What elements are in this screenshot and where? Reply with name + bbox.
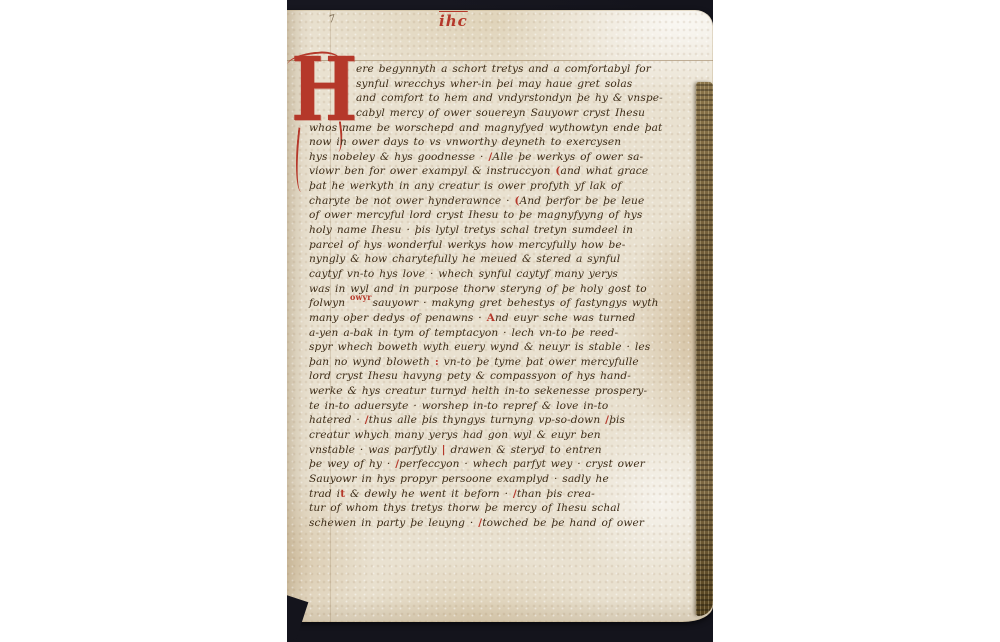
ink-text: sauyowr · makyng gret behestys of fastyn… [373, 297, 659, 309]
ink-text: vn-to þe tyme þat ower mercyfulle [439, 356, 639, 368]
ink-text: holy name Ihesu · þis lytyl tretys schal… [309, 224, 633, 236]
manuscript-line: parcel of hys wonderful werkys how mercy… [309, 238, 653, 253]
manuscript-line: a-yen a-bak in tym of temptacyon · lech … [309, 326, 653, 341]
manuscript-line: schewen in party þe leuyng · /towched be… [309, 516, 653, 531]
ink-text: and comfort to hem and vndyrstondyn þe h… [356, 92, 663, 104]
manuscript-line: Sauyowr in hys propyr persoone examplyd … [309, 472, 653, 487]
ink-text: than þis crea- [517, 488, 595, 500]
manuscript-line: of ower mercyful lord cryst Ihesu to þe … [309, 208, 653, 223]
manuscript-line: spyr whech boweth wyth euery wynd & neuy… [309, 340, 653, 355]
manuscript-line: many oþer dedys of penawns · And euyr sc… [309, 311, 653, 326]
manuscript-line: whos name be worschepd and magnyfyed wyt… [309, 121, 653, 136]
ink-text: þe wey of hy · [309, 458, 395, 470]
ink-text: ere begynnyth a schort tretys and a comf… [356, 63, 651, 75]
manuscript-line: now in ower days to vs vnworthy deyneth … [309, 135, 653, 150]
ink-text: viowr ben for ower exampyl & instruccyon [309, 165, 555, 177]
ink-text: parcel of hys wonderful werkys how mercy… [309, 239, 625, 251]
ink-text: of ower mercyful lord cryst Ihesu to þe … [309, 209, 642, 221]
manuscript-line: creatur whych many yerys had gon wyl & e… [309, 428, 653, 443]
ink-text: perfeccyon · whech parfyt wey · cryst ow… [399, 458, 645, 470]
ink-text: a-yen a-bak in tym of temptacyon · lech … [309, 327, 618, 339]
manuscript-line: folwyn owyrsauyowr · makyng gret behesty… [309, 296, 653, 311]
ink-text: whos name be worschepd and magnyfyed wyt… [309, 122, 662, 134]
ink-text: þis [609, 414, 625, 426]
manuscript-line: te in-to aduersyte · worshep in-to repre… [309, 399, 653, 414]
ink-text: many oþer dedys of penawns · [309, 312, 487, 324]
manuscript-photo: 7 ihc H ere begynnyth a schort tretys an… [287, 0, 713, 642]
ink-text: spyr whech boweth wyth euery wynd & neuy… [309, 341, 650, 353]
bottom-left-notch [287, 592, 308, 641]
manuscript-line: holy name Ihesu · þis lytyl tretys schal… [309, 223, 653, 238]
manuscript-line: and comfort to hem and vndyrstondyn þe h… [309, 91, 653, 106]
rubric-text: A [487, 312, 495, 324]
manuscript-line: þat he werkyth in any creatur is ower pr… [309, 179, 653, 194]
ink-text: hys nobeley & hys goodnesse · [309, 151, 488, 163]
ink-text: folwyn [309, 297, 350, 309]
ink-text: cabyl mercy of ower souereyn Sauyowr cry… [356, 107, 645, 119]
ink-text: þat he werkyth in any creatur is ower pr… [309, 180, 621, 192]
ink-text: nd euyr sche was turned [495, 312, 635, 324]
manuscript-page: 7 ihc H ere begynnyth a schort tretys an… [287, 10, 713, 622]
page-fore-edge [696, 82, 713, 616]
ink-text: synful wrecchys wher-in þei may haue gre… [356, 78, 632, 90]
ink-text: schewen in party þe leuyng · [309, 517, 478, 529]
manuscript-line: tur of whom thys tretys thorw þe mercy o… [309, 501, 653, 516]
ink-text: towched be þe hand of ower [482, 517, 644, 529]
ink-text: þan no wynd bloweth [309, 356, 435, 368]
manuscript-line: lord cryst Ihesu havyng pety & compassyo… [309, 369, 653, 384]
ink-text: lord cryst Ihesu havyng pety & compassyo… [309, 370, 631, 382]
ink-text: caytyf vn-to hys love · whech synful cay… [309, 268, 618, 280]
ink-text: tur of whom thys tretys thorw þe mercy o… [309, 502, 620, 514]
manuscript-line: hys nobeley & hys goodnesse · /Alle þe w… [309, 150, 653, 165]
manuscript-line: werke & hys creatur turnyd helth in-to s… [309, 384, 653, 399]
ink-text: Sauyowr in hys propyr persoone examplyd … [309, 473, 609, 485]
ink-text: nyngly & how charytefully he meued & ste… [309, 253, 620, 265]
manuscript-line: synful wrecchys wher-in þei may haue gre… [309, 77, 653, 92]
ink-text: and what grace [561, 165, 649, 177]
manuscript-line: nyngly & how charytefully he meued & ste… [309, 252, 653, 267]
manuscript-line: caytyf vn-to hys love · whech synful cay… [309, 267, 653, 282]
ink-text: creatur whych many yerys had gon wyl & e… [309, 429, 601, 441]
ink-text: And þerfor be þe leue [520, 195, 645, 207]
manuscript-line: ere begynnyth a schort tretys and a comf… [309, 62, 653, 77]
quire-mark: 7 [328, 13, 337, 25]
ink-text: thus alle þis thyngys turnyng vp-so-down [369, 414, 605, 426]
ink-text: te in-to aduersyte · worshep in-to repre… [309, 400, 608, 412]
manuscript-line: hatered · /thus alle þis thyngys turnyng… [309, 413, 653, 428]
ink-text: now in ower days to vs vnworthy deyneth … [309, 136, 621, 148]
manuscript-line: trad it & dewly he went it beforn · /tha… [309, 487, 653, 502]
ink-text: Alle þe werkys of ower sa- [492, 151, 643, 163]
ink-text: & dewly he went it beforn · [345, 488, 513, 500]
manuscript-line: charyte be not ower hynderawnce · (And þ… [309, 194, 653, 209]
manuscript-line: þan no wynd bloweth : vn-to þe tyme þat … [309, 355, 653, 370]
ink-text: charyte be not ower hynderawnce · [309, 195, 514, 207]
ink-text: hatered · [309, 414, 365, 426]
manuscript-line: viowr ben for ower exampyl & instruccyon… [309, 164, 653, 179]
manuscript-text-block: ere begynnyth a schort tretys and a comf… [309, 62, 653, 531]
manuscript-line: vnstable · was parfytly | drawen & stery… [309, 443, 653, 458]
ink-text: werke & hys creatur turnyd helth in-to s… [309, 385, 647, 397]
rubric-text: owyr [350, 292, 372, 302]
manuscript-line: cabyl mercy of ower souereyn Sauyowr cry… [309, 106, 653, 121]
ink-text: drawen & steryd to entren [446, 444, 602, 456]
ink-text: trad i [309, 488, 340, 500]
ink-text: vnstable · was parfytly [309, 444, 442, 456]
manuscript-line: þe wey of hy · /perfeccyon · whech parfy… [309, 457, 653, 472]
ihc-monogram: ihc [439, 12, 468, 30]
